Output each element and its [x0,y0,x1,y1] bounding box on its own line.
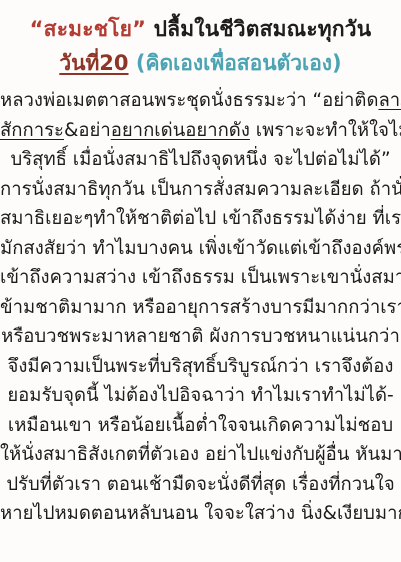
body-line: ปรับที่ตัวเรา ตอนเช้ามืดจะนั่งดีที่สุด เ… [0,470,401,500]
text-segment: หายไปหมดตอนหลับนอน ใจจะใสว่าง นิ่ง&เงียบ… [0,503,401,524]
text-segment: ให้นั่งสมาธิสังเกตที่ตัวเอง อย่าไปแข่งกั… [0,444,401,465]
body-line: ให้นั่งสมาธิสังเกตที่ตัวเอง อย่าไปแข่งกั… [0,440,401,470]
text-segment: บริสุทธิ์ เมื่อนั่งสมาธิไปถึงจุดหนึ่ง จะ… [10,149,390,170]
text-segment: ปรับที่ตัวเรา ตอนเช้ามืดจะนั่งดีที่สุด เ… [6,474,394,495]
body-line: หายไปหมดตอนหลับนอน ใจจะใสว่าง นิ่ง&เงียบ… [0,499,401,529]
text-segment: เข้าถึงความสว่าง เข้าถึงธรรม เป็นเพราะเข… [0,267,401,288]
body-line: มักสงสัยว่า ทำไมบางคน เพิ่งเข้าวัดแต่เข้… [0,234,401,264]
body-line: หลวงพ่อเมตตาสอนพระชุดนั่งธรรมะว่า “อย่าต… [0,86,401,116]
text-segment: “สะมะชโย” [30,17,146,41]
text-segment: มักสงสัยว่า ทำไมบางคน เพิ่งเข้าวัดแต่เข้… [0,238,401,259]
text-segment: (คิดเองเพื่อสอนตัวเอง) [129,51,342,75]
text-segment: &อย่า [64,120,111,141]
body-text: หลวงพ่อเมตตาสอนพระชุดนั่งธรรมะว่า “อย่าต… [0,86,401,529]
text-segment: จึงมีความเป็นพระที่บริสุทธิ์บริบูรณ์กว่า… [8,356,394,377]
body-line: หรือบวชพระมาหลายชาติ ผังการบวชหนาแน่นกว่… [0,322,401,352]
text-segment: ยอมรับจุดนี้ ไม่ต้องไปอิจฉาว่า ทำไมเราทำ… [7,385,393,406]
text-segment: วันที่20 [59,51,128,75]
text-segment: อยากเด่นอยากดัง [111,120,250,141]
body-line: บริสุทธิ์ เมื่อนั่งสมาธิไปถึงจุดหนึ่ง จะ… [0,145,401,175]
text-segment: การนั่งสมาธิทุกวัน เป็นการสั่งสมความละเอ… [0,179,401,200]
text-segment: ลาภ- [378,90,401,111]
body-line: การนั่งสมาธิทุกวัน เป็นการสั่งสมความละเอ… [0,175,401,205]
page-subtitle: วันที่20 (คิดเองเพื่อสอนตัวเอง) [0,46,401,80]
body-line: ยอมรับจุดนี้ ไม่ต้องไปอิจฉาว่า ทำไมเราทำ… [0,381,401,411]
text-segment: สักการะ [0,120,64,141]
text-segment: ปลื้มในชีวิตสมณะทุกวัน [146,17,371,41]
body-line: สักการะ&อย่าอยากเด่นอยากดัง เพราะจะทำให้… [0,116,401,146]
text-segment: ข้ามชาติมามาก หรืออายุการสร้างบารมีมากกว… [0,297,401,318]
document-page: “สะมะชโย” ปลื้มในชีวิตสมณะทุกวัน วันที่2… [0,0,401,562]
text-segment: หรือบวชพระมาหลายชาติ ผังการบวชหนาแน่นกว่… [1,326,400,347]
page-title: “สะมะชโย” ปลื้มในชีวิตสมณะทุกวัน [0,12,401,46]
text-segment: เพราะจะทำให้ใจไม่- [250,120,401,141]
body-line: สมาธิเยอะๆทำให้ชาติต่อไป เข้าถึงธรรมได้ง… [0,204,401,234]
body-line: จึงมีความเป็นพระที่บริสุทธิ์บริบูรณ์กว่า… [0,352,401,382]
text-segment: เหมือนเขา หรือน้อยเนื้อต่ำใจจนเกิดความไม… [8,415,393,436]
body-line: ข้ามชาติมามาก หรืออายุการสร้างบารมีมากกว… [0,293,401,323]
text-segment: หลวงพ่อเมตตาสอนพระชุดนั่งธรรมะว่า “อย่าต… [0,90,378,111]
body-line: เหมือนเขา หรือน้อยเนื้อต่ำใจจนเกิดความไม… [0,411,401,441]
text-segment: สมาธิเยอะๆทำให้ชาติต่อไป เข้าถึงธรรมได้ง… [0,208,401,229]
body-line: เข้าถึงความสว่าง เข้าถึงธรรม เป็นเพราะเข… [0,263,401,293]
